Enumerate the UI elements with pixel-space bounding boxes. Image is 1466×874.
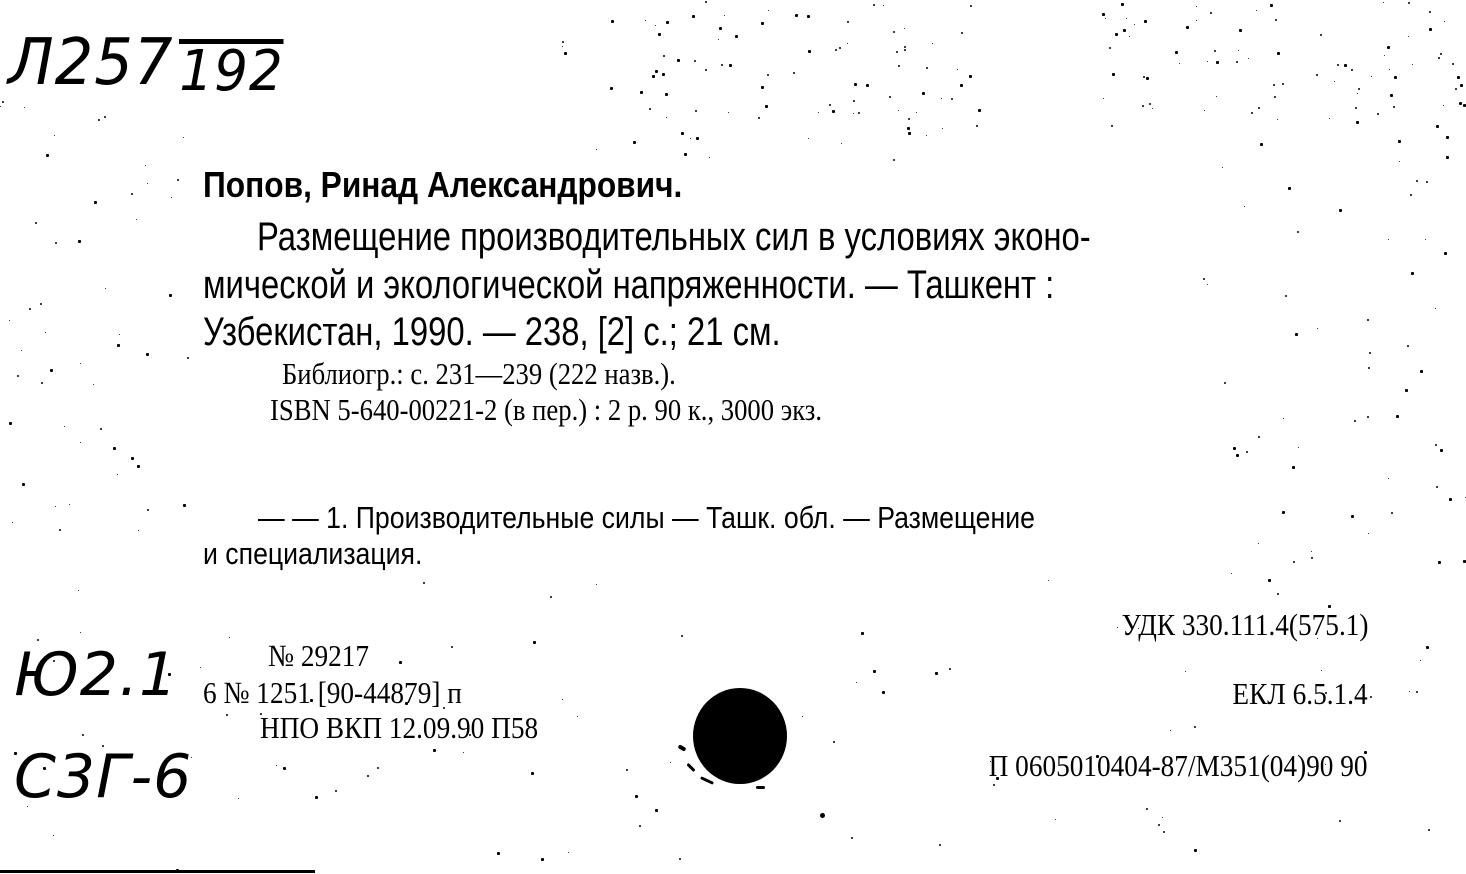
speck [858,112,860,114]
speck [1268,579,1271,582]
speck [1410,194,1412,196]
speck [692,15,695,18]
speck [226,714,228,716]
speck [847,21,849,23]
speck [1440,53,1442,55]
speck [146,353,149,356]
ekl-code: ЕКЛ 6.5.1.4 [1214,676,1368,712]
speck [562,699,563,700]
speck [904,28,905,29]
speck [1285,295,1287,297]
speck [1429,28,1432,31]
speck [898,110,899,111]
speck [451,646,453,648]
speck [1329,118,1330,119]
speck [882,691,885,694]
speck [541,858,544,861]
speck [1438,561,1441,564]
speck [1435,308,1436,309]
speck [1411,272,1414,275]
speck [1179,63,1180,64]
speck [679,858,681,860]
speck [131,457,134,460]
speck [1292,466,1295,469]
speck [1444,21,1445,22]
order-text: 6 № 1251 [90-44879] п [203,675,462,711]
speck [35,222,37,224]
speck [1351,515,1354,518]
speck [183,137,184,138]
speck [666,21,669,24]
speck [405,702,408,705]
title-text: мической и экологической напряженности. … [203,262,1054,308]
speck [433,749,436,752]
speck [873,670,876,673]
speck [1048,580,1049,581]
speck [1283,418,1284,419]
speck [1163,831,1165,833]
speck [761,86,764,89]
speck [399,661,402,664]
speck [949,668,951,670]
punch-hole-icon [693,688,787,784]
speck [310,699,313,702]
speck [832,110,835,113]
speck [1369,352,1371,354]
subject-heading: — — 1. Производительные силы — Ташк. обл… [258,500,1161,536]
speck [1123,29,1126,32]
speck [1194,849,1197,852]
speck [847,43,848,44]
speck [635,795,638,798]
speck [283,767,286,770]
speck [1196,20,1197,21]
speck [1358,88,1360,90]
speck [1126,18,1127,19]
speck [856,682,857,683]
speck [14,752,17,755]
speck [793,72,795,74]
speck [568,852,569,853]
speck [1146,808,1148,810]
speck [1420,660,1421,661]
speck [1196,6,1197,7]
speck [367,775,369,777]
speck [684,153,687,156]
speck [1390,94,1393,97]
speck [55,242,57,244]
speck [562,41,564,43]
speck [1102,13,1105,16]
imprint-text: Узбекистан, 1990. — 238, [2] с.; 21 см. [203,309,781,355]
speck [970,5,972,7]
speck [1425,239,1426,240]
speck [802,716,803,717]
speck [200,667,201,668]
speck [117,474,118,475]
speck [0,106,1,107]
speck [1429,11,1431,13]
speck [670,762,671,763]
speck [681,132,684,135]
bibliography-note: Библиогр.: с. 231—239 (222 назв.). [282,356,740,392]
speck [718,39,719,40]
speck [690,138,691,139]
speck [1416,180,1418,182]
speck [640,91,643,94]
speck [137,465,140,468]
speck [942,128,943,129]
speck [1405,389,1408,392]
speck [808,50,811,53]
call-number-sub: 192 [179,39,283,100]
title-line: Размещение производительных сил в услови… [257,214,1274,260]
title-line: мической и экологической напряженности. … [203,262,1241,308]
speck [1311,557,1313,559]
handwritten-shelf-code: С3Г-6 [14,742,192,812]
speck [564,52,567,55]
speck [21,350,22,351]
speck [1194,726,1196,728]
speck [1258,543,1259,544]
speck [1238,50,1239,51]
speck [818,112,819,113]
speck [29,308,31,310]
speck [1317,328,1318,329]
speck [1399,161,1400,162]
speck [1216,96,1217,97]
speck [1144,20,1147,23]
speck [996,777,999,780]
speck [1368,367,1370,369]
speck [904,49,906,51]
speck [976,125,978,127]
speck [1115,33,1118,36]
speck [1351,69,1353,71]
speck [993,784,995,786]
speck [1282,83,1284,85]
call-number-main: Л257 [8,26,174,100]
speck [1384,55,1385,56]
speck [497,852,500,855]
speck [1185,671,1186,672]
speck [145,165,146,166]
speck [904,46,906,48]
punch-debris [756,786,765,789]
speck [705,1,707,3]
speck [104,116,106,118]
speck [1344,64,1347,67]
speck [1271,684,1272,685]
speck [1446,156,1449,159]
speck [1408,2,1410,4]
speck [893,159,895,161]
speck [655,809,658,812]
speck [1396,415,1399,418]
speck [1389,69,1390,70]
speck [276,765,277,766]
speck [1055,819,1056,820]
speck [1316,74,1318,76]
speck [1239,29,1241,31]
speck [27,806,28,807]
speck [951,98,953,100]
speck [1412,64,1413,65]
speck [147,183,148,184]
speck [102,745,104,747]
speck [50,369,53,372]
speck [1270,4,1273,7]
speck [82,734,84,736]
speck [80,632,81,633]
speck [1162,817,1163,818]
speck [728,112,729,113]
speck [1436,125,1439,128]
speck [429,696,430,697]
speck [926,67,928,69]
speck [1317,638,1318,639]
speck [171,197,172,198]
speck [898,65,900,67]
speck [1103,98,1104,99]
speck [1297,231,1299,233]
speck [1142,105,1144,107]
speck [1320,34,1322,36]
card-number: № 29217 [268,638,383,674]
speck [1204,110,1205,111]
handwritten-shelf-code: Ю2.1 [14,640,178,710]
speck [761,22,764,25]
speck [1233,447,1236,450]
speck [1364,751,1367,754]
speck [1258,107,1260,109]
speck [854,83,857,86]
speck [1440,449,1443,452]
speck [1143,76,1145,78]
speck [1248,58,1249,59]
speck [835,49,837,51]
speck [1105,18,1106,19]
speck [1393,106,1395,108]
speck [93,384,94,385]
speck [1452,63,1454,65]
subject-text: — — 1. Производительные силы — Ташк. обл… [258,500,1035,536]
speck [681,635,683,637]
speck [55,506,56,507]
speck [1370,696,1372,698]
speck [98,119,100,121]
speck [665,93,668,96]
speck [724,15,725,16]
speck [1224,382,1226,384]
speck [9,320,10,321]
speck [1277,119,1278,120]
speck [807,15,810,18]
speck [861,632,864,635]
speck [229,637,230,638]
speck [978,109,981,112]
speck [893,31,895,33]
speck [1436,486,1438,488]
speck [851,837,853,839]
speck [377,767,379,769]
speck [1273,84,1275,86]
punch-debris [686,763,695,772]
speck [577,716,578,717]
punch-debris [820,813,825,818]
speck [113,447,116,450]
speck [2,101,4,103]
speck [24,107,25,108]
speck [562,46,563,47]
speck [53,660,55,662]
order-line: 6 № 1251 [90-44879] п [203,675,497,711]
speck [916,112,917,113]
isbn-note: ISBN 5-640-00221-2 (в пер.) : 2 р. 90 к.… [270,392,912,428]
speck [183,504,186,507]
speck [176,869,179,872]
speck [1328,605,1331,608]
speck [768,10,769,11]
speck [100,428,102,430]
ekl-text: ЕКЛ 6.5.1.4 [1233,676,1368,712]
speck [463,752,464,753]
speck [677,59,680,62]
speck [1391,512,1393,514]
speck [1256,10,1257,11]
speck [662,73,665,76]
speck [531,772,534,775]
speck [735,35,738,38]
speck [1293,561,1295,563]
speck [1367,319,1369,321]
speck [469,734,471,736]
speck [1337,64,1339,66]
speck [829,104,831,106]
udc-text: УДК 330.111.4(575.1) [1121,607,1368,643]
speck [721,64,723,66]
speck [550,596,552,598]
speck [1416,691,1418,693]
speck [1236,61,1238,63]
speck [1152,108,1153,109]
speck [1455,88,1457,90]
speck [1325,764,1326,765]
speck [1311,551,1312,552]
speck [639,825,641,827]
author-heading: Попов, Ринад Александрович. [203,164,748,206]
speck [709,157,710,158]
speck [1134,24,1135,25]
speck [80,363,81,364]
speck [853,113,854,114]
speck [1354,420,1356,422]
card-edge-rule [0,870,315,873]
speck [533,641,536,644]
card-number-text: № 29217 [268,638,369,674]
speck [1146,77,1149,80]
speck [889,96,891,98]
speck [1428,829,1430,831]
speck [935,672,938,675]
speck [1394,76,1397,79]
speck [1449,498,1452,501]
speck [663,55,665,57]
speck [1109,47,1111,49]
punch-debris [700,776,714,785]
speck [117,344,120,347]
udc-code: УДК 330.111.4(575.1) [1088,607,1368,643]
speck [1260,143,1263,146]
speck [1236,454,1239,457]
speck [64,426,65,427]
speck [1435,444,1437,446]
speck [1398,140,1401,143]
handwritten-call-number: Л257192 [8,28,284,98]
speck [1096,755,1099,758]
speck [46,154,49,157]
speck [40,303,42,305]
speck [1207,284,1208,285]
speck [9,422,12,425]
speck [43,767,46,770]
speck [939,844,941,846]
speck [1388,478,1389,479]
speck [758,117,760,119]
speck [1321,670,1322,671]
isbn-text: ISBN 5-640-00221-2 (в пер.) : 2 р. 90 к.… [270,392,822,428]
speck [315,796,318,799]
speck [423,582,425,584]
speck [1459,102,1462,105]
speck [853,100,855,102]
speck [596,149,597,150]
speck [1216,61,1219,64]
speck [1214,50,1216,52]
speck [990,761,991,762]
speck [1334,81,1335,82]
speck [1111,125,1113,127]
speck [1355,107,1357,109]
speck [1117,627,1118,628]
speck [78,590,79,591]
speck [1277,52,1280,55]
bibliography-text: Библиогр.: с. 231—239 (222 назв.). [282,356,676,392]
speck [1244,206,1245,207]
speck [37,639,39,641]
speck [795,14,798,17]
speck [1409,691,1410,692]
speck [866,84,869,87]
printer-line: НПО ВКП 12.09.90 П58 [260,710,576,746]
speck [1138,628,1139,629]
speck [1170,730,1171,731]
speck [655,25,656,26]
speck [696,137,699,140]
speck [1371,76,1372,77]
speck [1129,36,1130,37]
speck [119,334,120,335]
speck [655,70,658,73]
speck [808,138,809,139]
speck [1121,3,1124,6]
speck [658,33,661,36]
speck [841,143,842,144]
speck [626,769,628,771]
speck [1460,84,1463,87]
speck [131,193,133,195]
speck [260,713,262,715]
